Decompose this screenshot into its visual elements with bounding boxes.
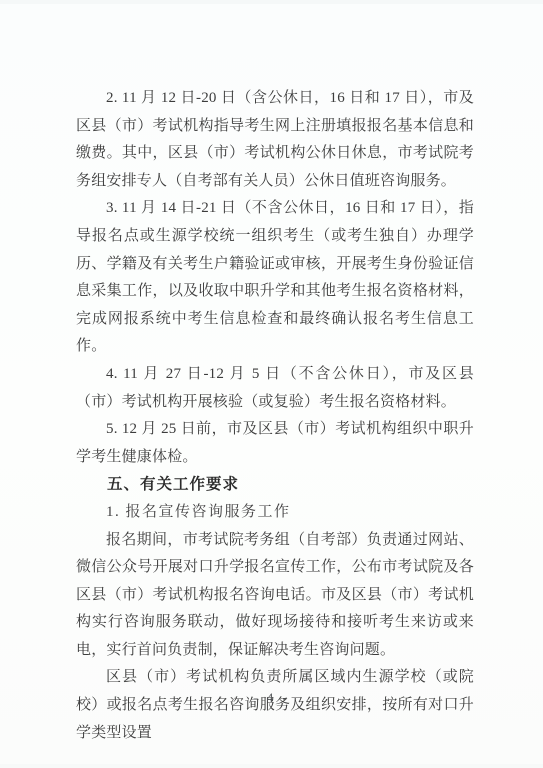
paragraph-schedule-item-3: 3. 11 月 14 日-21 日（不含公休日，16 日和 17 日），指导报名…: [76, 195, 474, 361]
scanned-document-page: 2. 11 月 12 日-20 日（含公休日，16 日和 17 日），市及区县（…: [0, 0, 543, 768]
paragraph-schedule-item-4: 4. 11 月 27 日-12 月 5 日（不含公休日），市及区县（市）考试机构…: [76, 361, 474, 416]
document-content: 2. 11 月 12 日-20 日（含公休日，16 日和 17 日），市及区县（…: [76, 85, 474, 747]
paragraph-schedule-item-5: 5. 12 月 25 日前，市及区县（市）考试机构组织中职升学考生健康体检。: [76, 416, 474, 471]
subsection-heading-1: 1. 报名宣传咨询服务工作: [76, 499, 474, 527]
page-number: - 4 -: [0, 690, 543, 706]
scan-artifact-top: [0, 0, 543, 4]
section-heading-5: 五、有关工作要求: [76, 471, 474, 499]
paragraph-consult-service-1: 报名期间，市考试院考务组（自考部）负责通过网站、微信公众号开展对口升学报名宣传工…: [76, 527, 474, 665]
paragraph-schedule-item-2: 2. 11 月 12 日-20 日（含公休日，16 日和 17 日），市及区县（…: [76, 85, 474, 195]
scan-artifact-bottom: [0, 764, 543, 768]
